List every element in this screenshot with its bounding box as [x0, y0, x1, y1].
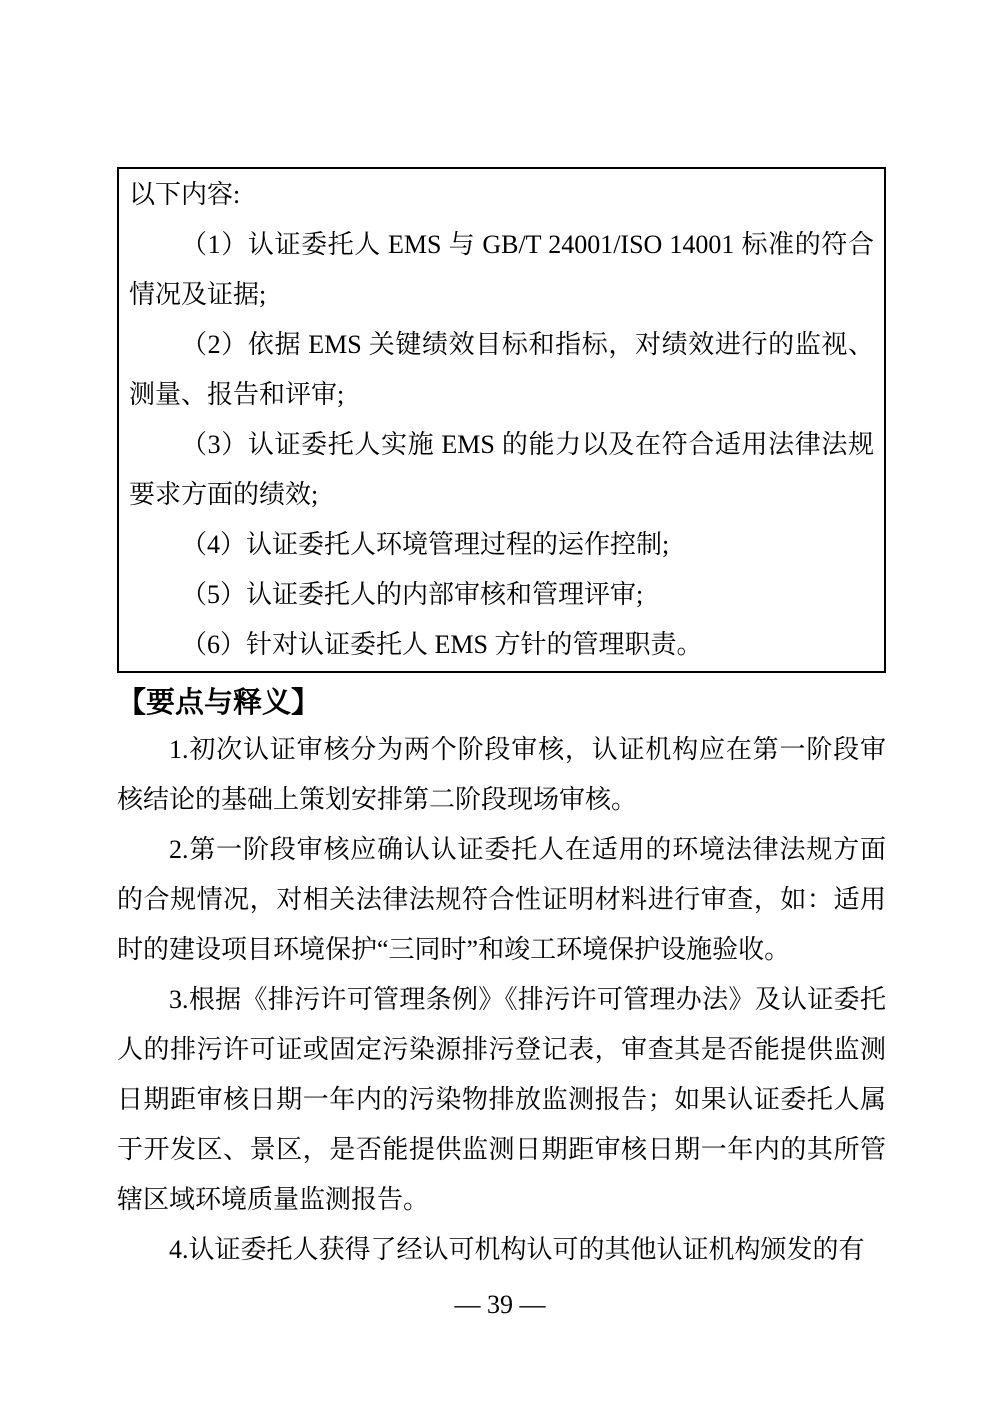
section-paragraph-3: 3.根据《排污许可管理条例》《排污许可管理办法》及认证委托人的排污许可证或固定污… — [117, 975, 886, 1225]
box-intro-line: 以下内容: — [129, 170, 874, 220]
box-item-6: （6）针对认证委托人 EMS 方针的管理职责。 — [129, 620, 874, 670]
box-item-5: （5）认证委托人的内部审核和管理评审; — [129, 570, 874, 620]
page-number: — 39 — — [0, 1288, 1000, 1322]
section-heading: 【要点与释义】 — [117, 681, 886, 725]
page-content: 以下内容: （1）认证委托人 EMS 与 GB/T 24001/ISO 1400… — [117, 167, 886, 1275]
box-item-3: （3）认证委托人实施 EMS 的能力以及在符合适用法律法规要求方面的绩效; — [129, 420, 874, 520]
box-item-2: （2）依据 EMS 关键绩效目标和指标，对绩效进行的监视、测量、报告和评审; — [129, 320, 874, 420]
box-item-1: （1）认证委托人 EMS 与 GB/T 24001/ISO 14001 标准的符… — [129, 220, 874, 320]
section-paragraph-1: 1.初次认证审核分为两个阶段审核，认证机构应在第一阶段审核结论的基础上策划安排第… — [117, 725, 886, 825]
outlined-content-box: 以下内容: （1）认证委托人 EMS 与 GB/T 24001/ISO 1400… — [117, 167, 886, 673]
section-paragraph-2: 2.第一阶段审核应确认认证委托人在适用的环境法律法规方面的合规情况，对相关法律法… — [117, 825, 886, 975]
section-paragraph-4: 4.认证委托人获得了经认可机构认可的其他认证机构颁发的有 — [117, 1225, 886, 1275]
box-item-4: （4）认证委托人环境管理过程的运作控制; — [129, 520, 874, 570]
document-page: 以下内容: （1）认证委托人 EMS 与 GB/T 24001/ISO 1400… — [0, 0, 1000, 1414]
